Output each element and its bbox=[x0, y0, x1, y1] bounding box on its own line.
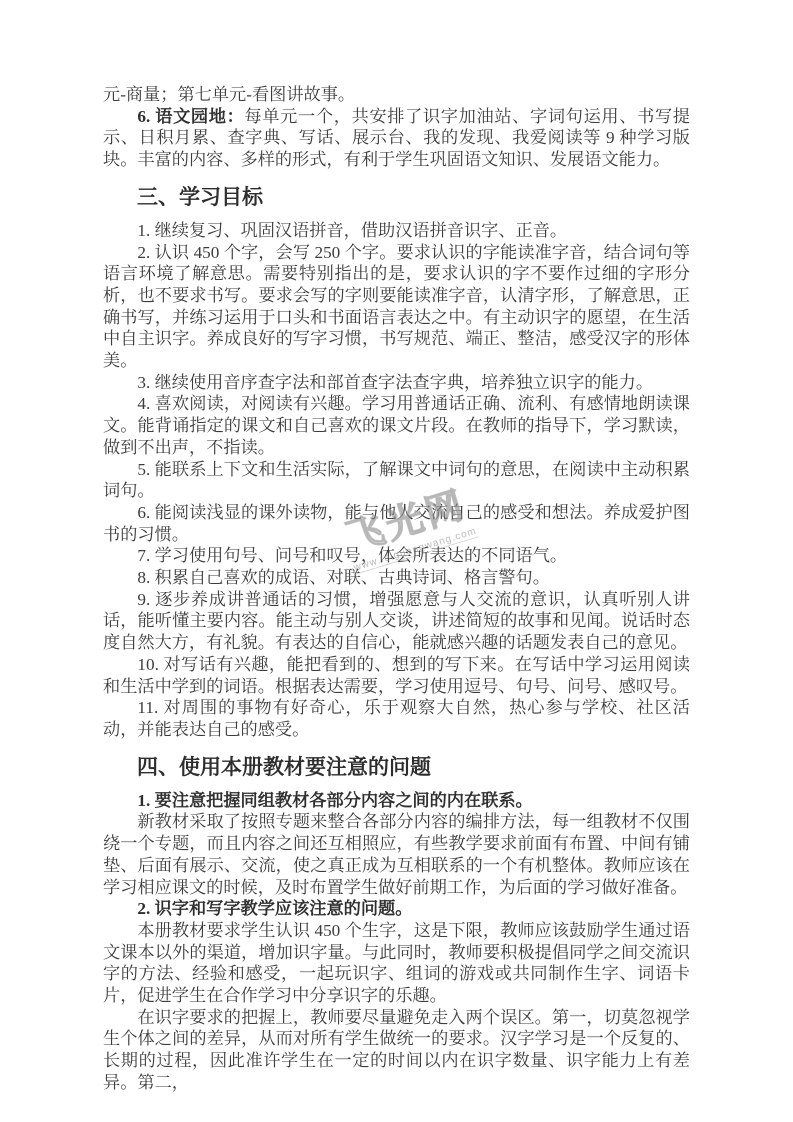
paragraph-unit6-lead: 6. 语文园地： bbox=[137, 107, 244, 126]
goal-item-2: 2. 认识 450 个字，会写 250 个字。要求认识的字能读准字音，结合词句等… bbox=[103, 242, 690, 372]
note-point2-paragraph-2: 在识字要求的把握上，教师要尽量避免走入两个误区。第一，切莫忽视学生个体之间的差异… bbox=[103, 1007, 690, 1094]
note-point1-paragraph: 新教材采取了按照专题来整合各部分内容的编排方法，每一组教材不仅围绕一个专题，而且… bbox=[103, 811, 690, 898]
goal-item-11: 11. 对周围的事物有好奇心，乐于观察大自然，热心参与学校、社区活动，并能表达自… bbox=[103, 697, 690, 740]
goal-item-4: 4. 喜欢阅读，对阅读有兴趣。学习用普通话正确、流利、有感情地朗读课文。能背诵指… bbox=[103, 393, 690, 458]
goal-item-5: 5. 能联系上下文和生活实际，了解课文中词句的意思，在阅读中主动积累词句。 bbox=[103, 459, 690, 502]
goal-item-8: 8. 积累自己喜欢的成语、对联、古典诗词、格言警句。 bbox=[103, 567, 690, 589]
goal-item-10: 10. 对写话有兴趣，能把看到的、想到的写下来。在写话中学习运用阅读和生活中学到… bbox=[103, 654, 690, 697]
section-heading-notes: 四、使用本册教材要注意的问题 bbox=[103, 755, 690, 781]
goal-item-3: 3. 继续使用音序查字法和部首查字法查字典，培养独立识字的能力。 bbox=[103, 372, 690, 394]
goal-item-9: 9. 逐步养成讲普通话的习惯，增强愿意与人交流的意识，认真听别人讲话，能听懂主要… bbox=[103, 589, 690, 654]
note-point2-title: 2. 识字和写字教学应该注意的问题。 bbox=[103, 898, 690, 920]
goal-item-1: 1. 继续复习、巩固汉语拼音，借助汉语拼音识字、正音。 bbox=[103, 220, 690, 242]
note-point2-paragraph-1: 本册教材要求学生认识 450 个生字，这是下限，教师应该鼓励学生通过语文课本以外… bbox=[103, 920, 690, 1007]
paragraph-unit6: 6. 语文园地：每单元一个，共安排了识字加油站、字词句运用、书写提示、日积月累、… bbox=[103, 106, 690, 171]
goal-item-7: 7. 学习使用句号、问号和叹号，体会所表达的不同语气。 bbox=[103, 545, 690, 567]
document-page: 元-商量；第七单元-看图讲故事。 6. 语文园地：每单元一个，共安排了识字加油站… bbox=[0, 0, 793, 1122]
goal-item-6: 6. 能阅读浅显的课外读物，能与他人交流自己的感受和想法。养成爱护图书的习惯。 bbox=[103, 502, 690, 545]
section-heading-goals: 三、学习目标 bbox=[103, 185, 690, 211]
note-point1-title: 1. 要注意把握同组教材各部分内容之间的内在联系。 bbox=[103, 790, 690, 812]
leading-continuation-line: 元-商量；第七单元-看图讲故事。 bbox=[103, 84, 690, 106]
